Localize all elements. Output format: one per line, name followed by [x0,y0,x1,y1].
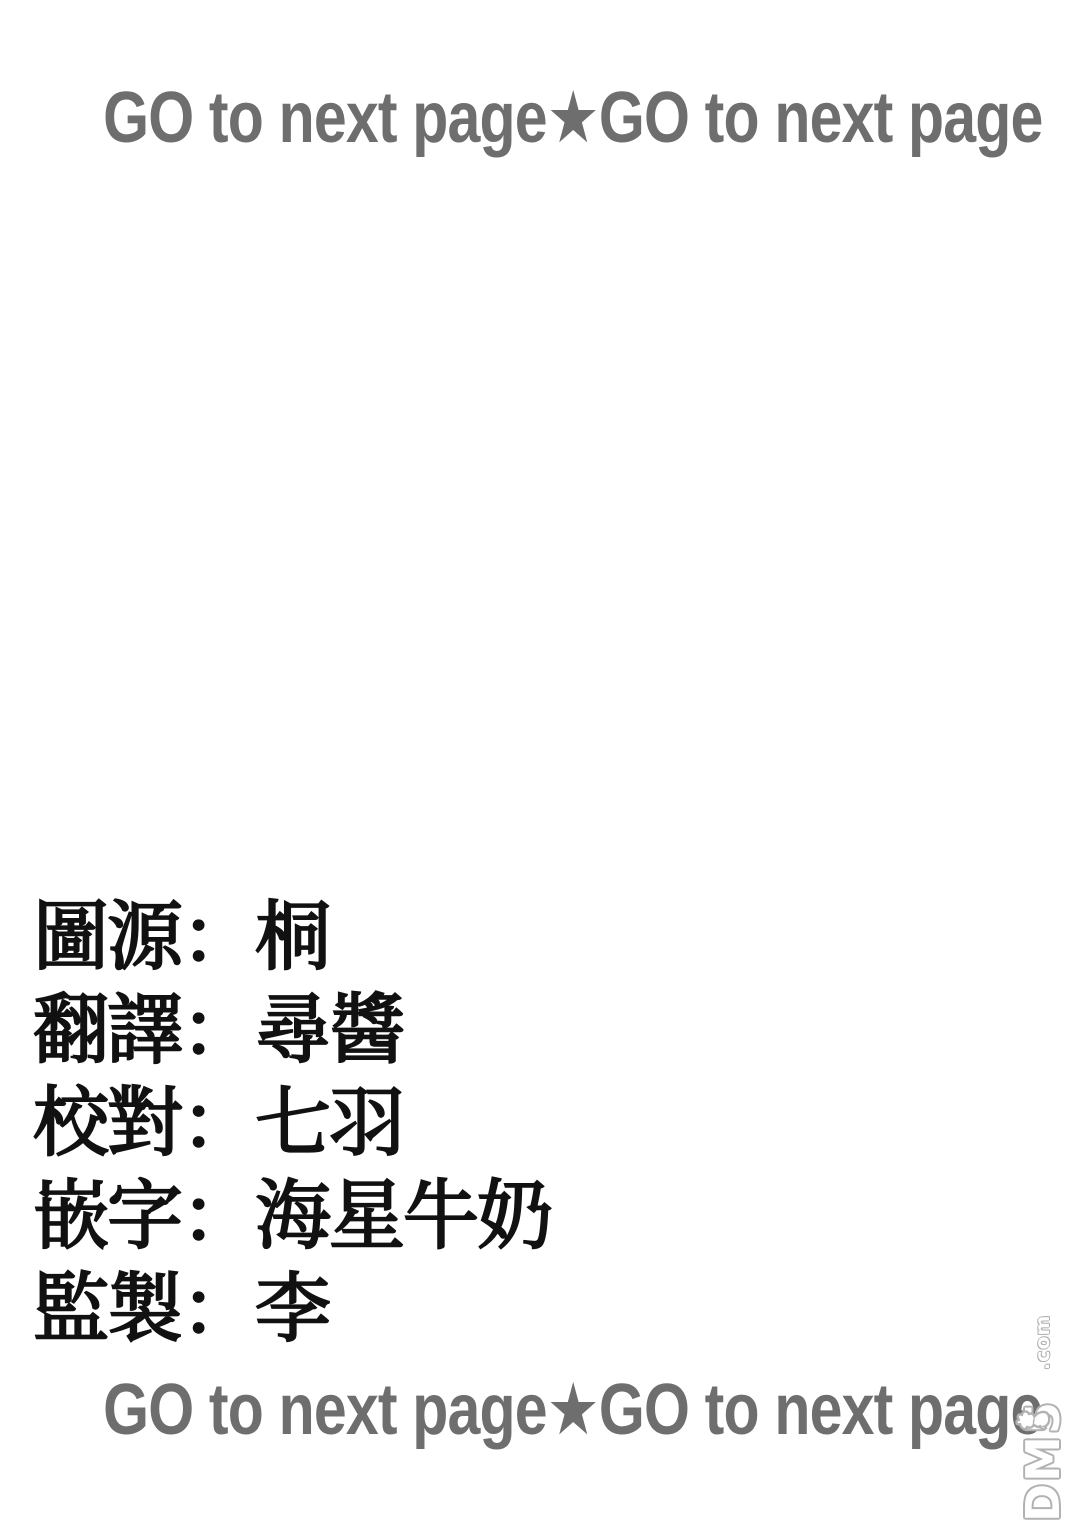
credit-name: 海星牛奶 [255,1171,551,1260]
dm5-watermark: DM5 .com [1014,1364,1072,1522]
top-next-page-banner: GO to next page★GO to next page [0,80,1080,156]
credit-separator: ： [181,892,255,981]
credit-line-supervision: 監製：李 [33,1262,551,1355]
bottom-next-page-banner: GO to next page★GO to next page [0,1372,1080,1448]
dm5-domain-text: .com [1032,1315,1054,1370]
credit-role: 監製 [33,1264,181,1353]
credit-line-image-source: 圖源：桐 [33,890,551,983]
manga-credits-page: { "page": { "background_color": "#ffffff… [0,0,1080,1526]
credit-name: 七羽 [255,1078,403,1167]
credit-name: 桐 [255,892,329,981]
credit-separator: ： [181,1078,255,1167]
credit-role: 翻譯 [33,985,181,1074]
credit-line-translation: 翻譯：尋醬 [33,983,551,1076]
dm5-mascot-icon [1014,1400,1059,1438]
dm5-watermark-inner: DM5 .com [1014,1364,1072,1522]
credit-name: 尋醬 [255,985,403,1074]
credit-separator: ： [181,985,255,1074]
credit-role: 圖源 [33,892,181,981]
credit-separator: ： [181,1171,255,1260]
credit-name: 李 [255,1264,329,1353]
bottom-next-page-banner-text: GO to next page★GO to next page [103,1372,1042,1448]
credit-line-typesetting: 嵌字：海星牛奶 [33,1169,551,1262]
credit-role: 校對 [33,1078,181,1167]
top-next-page-banner-text: GO to next page★GO to next page [103,80,1042,156]
credit-separator: ： [181,1264,255,1353]
credits-block: 圖源：桐 翻譯：尋醬 校對：七羽 嵌字：海星牛奶 監製：李 [33,890,551,1355]
credit-line-proofreading: 校對：七羽 [33,1076,551,1169]
credit-role: 嵌字 [33,1171,181,1260]
